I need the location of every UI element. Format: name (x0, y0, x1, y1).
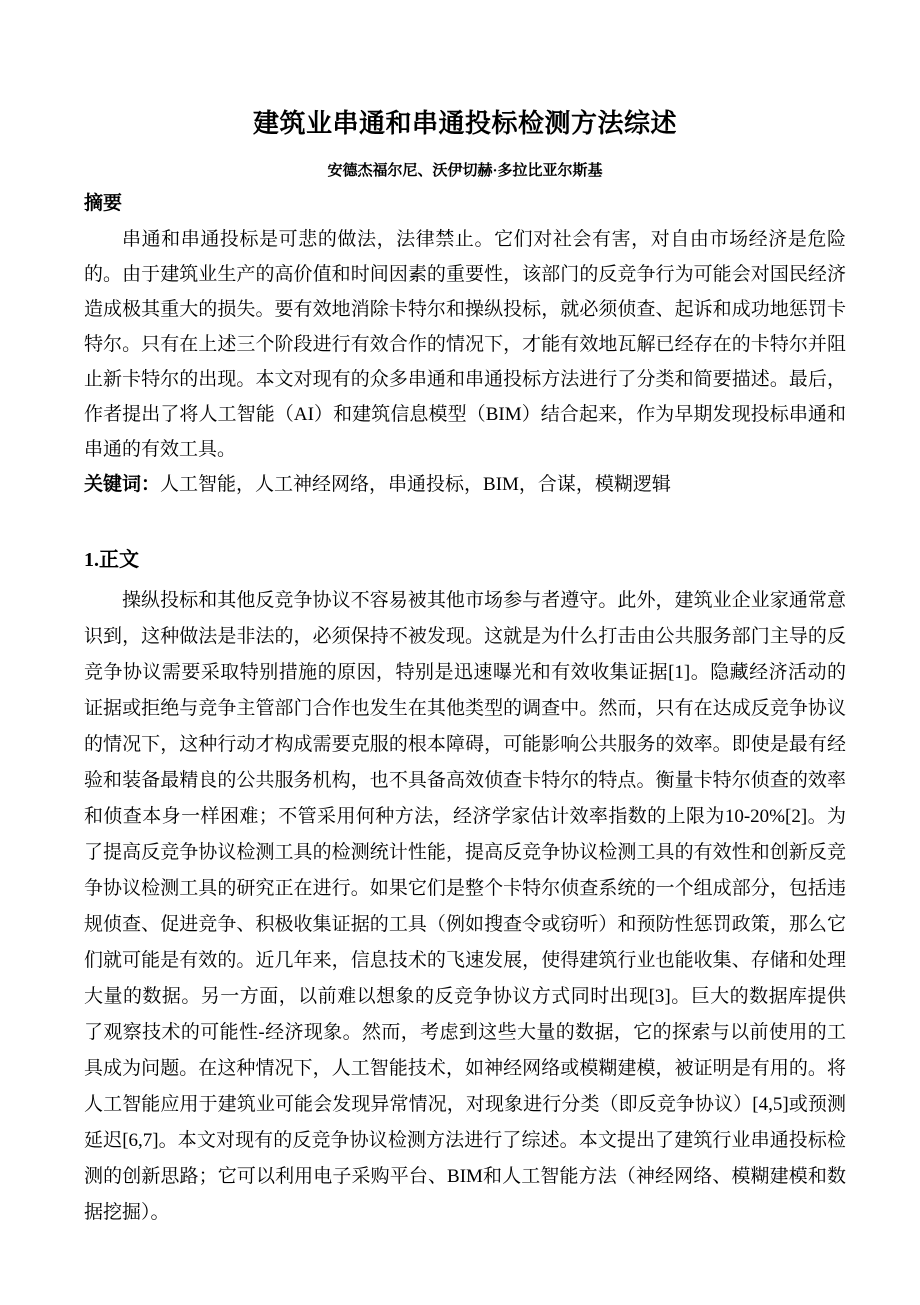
abstract-text: 串通和串通投标是可悲的做法，法律禁止。它们对社会有害，对自由市场经济是危险的。由… (84, 222, 846, 467)
paper-content: 建筑业串通和串通投标检测方法综述 安德杰福尔尼、沃伊切赫·多拉比亚尔斯基 摘要 … (84, 104, 846, 1231)
section-text: 操纵投标和其他反竞争协议不容易被其他市场参与者遵守。此外，建筑业企业家通常意识到… (84, 583, 846, 1231)
keywords-label: 关键词： (84, 474, 160, 495)
keywords-text: 人工智能，人工神经网络，串通投标，BIM，合谋，模糊逻辑 (160, 474, 671, 495)
paper-authors: 安德杰福尔尼、沃伊切赫·多拉比亚尔斯基 (84, 159, 846, 183)
paper-page: 建筑业串通和串通投标检测方法综述 安德杰福尔尼、沃伊切赫·多拉比亚尔斯基 摘要 … (0, 0, 920, 1305)
paper-title: 建筑业串通和串通投标检测方法综述 (84, 104, 846, 144)
abstract-heading: 摘要 (84, 189, 846, 219)
keywords-line: 关键词：人工智能，人工神经网络，串通投标，BIM，合谋，模糊逻辑 (84, 467, 846, 502)
section-heading: 1.正文 (84, 545, 846, 575)
